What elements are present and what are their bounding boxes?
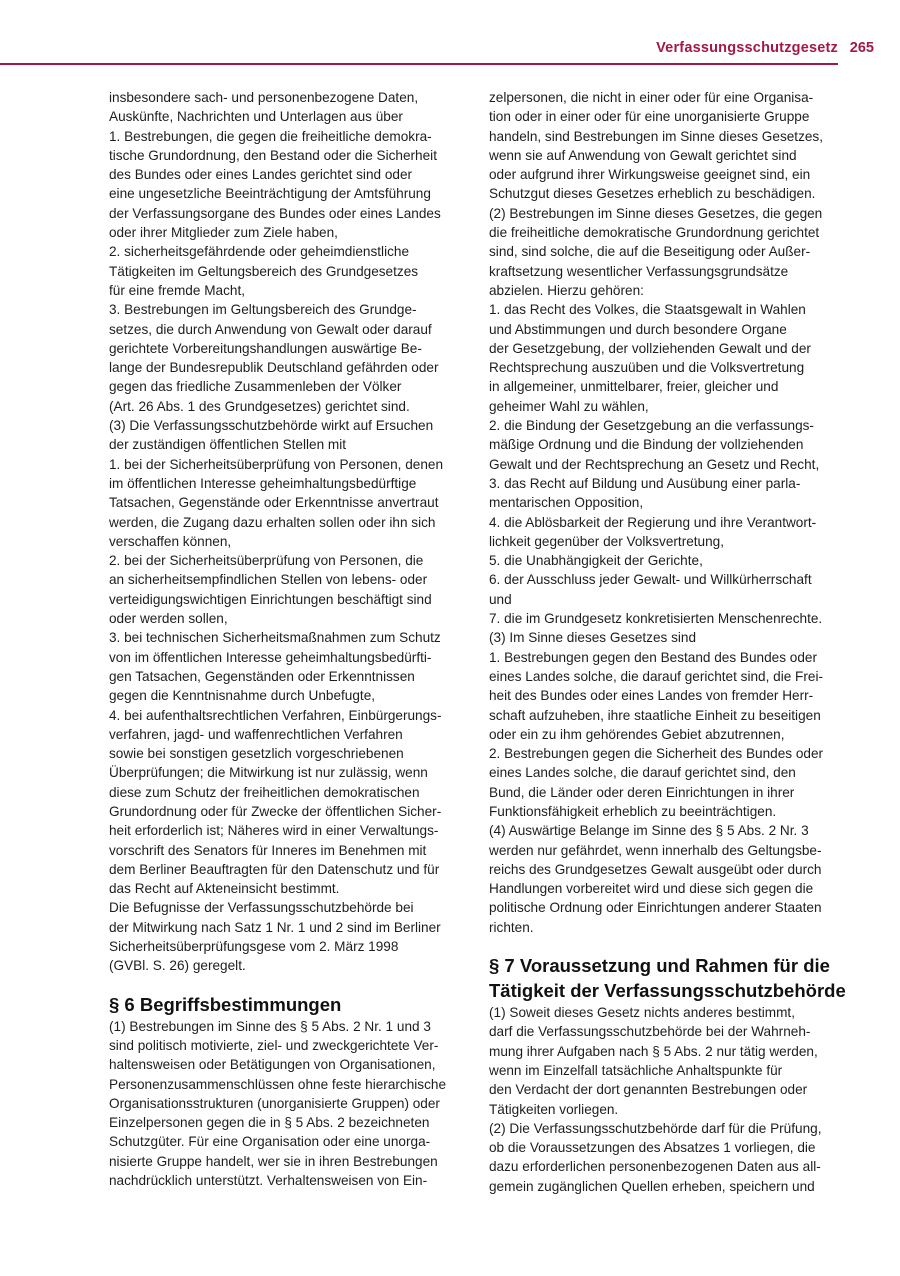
text-line: Bund, die Länder oder deren Einrichtunge… <box>489 783 849 802</box>
text-line: insbesondere sach- und personenbezogene … <box>109 88 469 107</box>
text-line: Grundordnung oder für Zwecke der öffentl… <box>109 802 469 821</box>
text-line: 3. Bestrebungen im Geltungsbereich des G… <box>109 300 469 319</box>
text-line: kraftsetzung wesentlicher Verfassungsgru… <box>489 262 849 281</box>
text-line: verfahren, jagd- und waffenrechtlichen V… <box>109 725 469 744</box>
text-line: ob die Voraussetzungen des Absatzes 1 vo… <box>489 1138 849 1157</box>
text-line: Tätigkeiten im Geltungsbereich des Grund… <box>109 262 469 281</box>
text-line: oder aufgrund ihrer Wirkungsweise geeign… <box>489 165 849 184</box>
text-line: heit erforderlich ist; Näheres wird in e… <box>109 821 469 840</box>
text-line: reichs des Grundgesetzes Gewalt ausgeübt… <box>489 860 849 879</box>
page-number: 265 <box>850 40 874 56</box>
text-line: und <box>489 590 849 609</box>
text-line: 1. das Recht des Volkes, die Staatsgewal… <box>489 300 849 319</box>
text-line: verschaffen können, <box>109 532 469 551</box>
text-line: 1. Bestrebungen, die gegen die freiheitl… <box>109 127 469 146</box>
text-line: Tätigkeiten vorliegen. <box>489 1100 849 1119</box>
section-6-heading: § 6 Begriffsbestimmungen <box>109 992 469 1017</box>
text-line: schaft aufzuheben, ihre staatliche Einhe… <box>489 706 849 725</box>
continuation-text: zelpersonen, die nicht in einer oder für… <box>489 88 849 937</box>
text-line: mäßige Ordnung und die Bindung der vollz… <box>489 435 849 454</box>
text-line: (2) Bestrebungen im Sinne dieses Gesetze… <box>489 204 849 223</box>
text-line: Auskünfte, Nachrichten und Unterlagen au… <box>109 107 469 126</box>
text-line: gegen die Kenntnisnahme durch Unbefugte, <box>109 686 469 705</box>
header-title: Verfassungsschutzgesetz <box>656 40 838 56</box>
header-rule <box>0 63 838 65</box>
text-line: Funktionsfähigkeit erheblich zu beeinträ… <box>489 802 849 821</box>
text-line: gegen das friedliche Zusammenleben der V… <box>109 377 469 396</box>
text-line: eines Landes solche, die darauf gerichte… <box>489 667 849 686</box>
text-line: eine ungesetzliche Beeinträchtigung der … <box>109 184 469 203</box>
text-line: sind politisch motivierte, ziel- und zwe… <box>109 1036 469 1055</box>
text-line: geheimer Wahl zu wählen, <box>489 397 849 416</box>
text-line: oder ihrer Mitglieder zum Ziele haben, <box>109 223 469 242</box>
continuation-text: insbesondere sach- und personenbezogene … <box>109 88 469 976</box>
text-line: vorschrift des Senators für Inneres im B… <box>109 841 469 860</box>
text-line: oder werden sollen, <box>109 609 469 628</box>
text-line: des Bundes oder eines Landes gerichtet s… <box>109 165 469 184</box>
text-line: Handlungen vorbereitet wird und diese si… <box>489 879 849 898</box>
text-line: (1) Soweit dieses Gesetz nichts anderes … <box>489 1003 849 1022</box>
text-line: Tatsachen, Gegenstände oder Erkenntnisse… <box>109 493 469 512</box>
text-line: 1. bei der Sicherheitsüberprüfung von Pe… <box>109 455 469 474</box>
text-line: setzes, die durch Anwendung von Gewalt o… <box>109 320 469 339</box>
text-line: (1) Bestrebungen im Sinne des § 5 Abs. 2… <box>109 1017 469 1036</box>
text-line: für eine fremde Macht, <box>109 281 469 300</box>
text-line: mentarischen Opposition, <box>489 493 849 512</box>
text-line: der Verfassungsorgane des Bundes oder ei… <box>109 204 469 223</box>
text-line: gerichtete Vorbereitungshandlungen auswä… <box>109 339 469 358</box>
text-line: eines Landes solche, die darauf gerichte… <box>489 763 849 782</box>
text-line: tion oder in einer oder für eine unorgan… <box>489 107 849 126</box>
text-line: mung ihrer Aufgaben nach § 5 Abs. 2 nur … <box>489 1042 849 1061</box>
text-line: gemein zugänglichen Quellen erheben, spe… <box>489 1177 849 1196</box>
text-line: verteidigungswichtigen Einrichtungen bes… <box>109 590 469 609</box>
text-line: 3. bei technischen Sicherheitsmaßnahmen … <box>109 628 469 647</box>
text-line: (2) Die Verfassungsschutzbehörde darf fü… <box>489 1119 849 1138</box>
text-line: sind, sind solche, die auf die Beseitigu… <box>489 242 849 261</box>
text-line: in allgemeiner, unmittelbarer, freier, g… <box>489 377 849 396</box>
text-line: dazu erforderlichen personenbezogenen Da… <box>489 1157 849 1176</box>
text-line: heit des Bundes oder eines Landes von fr… <box>489 686 849 705</box>
text-line: 1. Bestrebungen gegen den Bestand des Bu… <box>489 648 849 667</box>
text-line: Schutzgüter. Für eine Organisation oder … <box>109 1132 469 1151</box>
text-line: darf die Verfassungsschutzbehörde bei de… <box>489 1022 849 1041</box>
text-line: der zuständigen öffentlichen Stellen mit <box>109 435 469 454</box>
right-column: zelpersonen, die nicht in einer oder für… <box>489 88 849 1196</box>
text-line: (3) Die Verfassungsschutzbehörde wirkt a… <box>109 416 469 435</box>
text-line: 2. bei der Sicherheitsüberprüfung von Pe… <box>109 551 469 570</box>
text-line: handeln, sind Bestrebungen im Sinne dies… <box>489 127 849 146</box>
text-line: richten. <box>489 918 849 937</box>
text-line: Organisationsstrukturen (unorganisierte … <box>109 1094 469 1113</box>
section-7-heading: § 7 Voraussetzung und Rahmen für dieTäti… <box>489 953 849 1003</box>
text-line: 3. das Recht auf Bildung und Ausübung ei… <box>489 474 849 493</box>
text-line: wenn sie auf Anwendung von Gewalt gerich… <box>489 146 849 165</box>
text-line: Personenzusammenschlüssen ohne feste hie… <box>109 1075 469 1094</box>
text-line: lichkeit gegenüber der Volksvertretung, <box>489 532 849 551</box>
text-line: (3) Im Sinne dieses Gesetzes sind <box>489 628 849 647</box>
text-line: (Art. 26 Abs. 1 des Grundgesetzes) geric… <box>109 397 469 416</box>
text-line: wenn im Einzelfall tatsächliche Anhaltsp… <box>489 1061 849 1080</box>
text-line: haltensweisen oder Betätigungen von Orga… <box>109 1055 469 1074</box>
section-7-text: (1) Soweit dieses Gesetz nichts anderes … <box>489 1003 849 1196</box>
text-line: Tätigkeit der Verfassungsschutzbehörde <box>489 978 849 1003</box>
text-line: 2. die Bindung der Gesetzgebung an die v… <box>489 416 849 435</box>
text-line: § 7 Voraussetzung und Rahmen für die <box>489 953 849 978</box>
text-line: das Recht auf Akteneinsicht bestimmt. <box>109 879 469 898</box>
text-line: sowie bei sonstigen gesetzlich vorgeschr… <box>109 744 469 763</box>
text-line: den Verdacht der dort genannten Bestrebu… <box>489 1080 849 1099</box>
text-line: werden nur gefährdet, wenn innerhalb des… <box>489 841 849 860</box>
text-line: lange der Bundesrepublik Deutschland gef… <box>109 358 469 377</box>
section-6-text: (1) Bestrebungen im Sinne des § 5 Abs. 2… <box>109 1017 469 1191</box>
text-line: Einzelpersonen gegen die in § 5 Abs. 2 b… <box>109 1113 469 1132</box>
text-line: gen Tatsachen, Gegenständen oder Erkennt… <box>109 667 469 686</box>
text-line: Gewalt und der Rechtsprechung an Gesetz … <box>489 455 849 474</box>
text-line: Rechtsprechung auszuüben und die Volksve… <box>489 358 849 377</box>
text-line: die freiheitliche demokratische Grundord… <box>489 223 849 242</box>
text-line: im öffentlichen Interesse geheimhaltungs… <box>109 474 469 493</box>
running-header: Verfassungsschutzgesetz 265 <box>0 38 900 68</box>
text-line: an sicherheitsempfindlichen Stellen von … <box>109 570 469 589</box>
text-line: zelpersonen, die nicht in einer oder für… <box>489 88 849 107</box>
text-line: von im öffentlichen Interesse geheimhalt… <box>109 648 469 667</box>
text-line: 2. sicherheitsgefährdende oder geheimdie… <box>109 242 469 261</box>
text-line: Sicherheitsüberprüfungsgese vom 2. März … <box>109 937 469 956</box>
text-line: 5. die Unabhängigkeit der Gerichte, <box>489 551 849 570</box>
text-line: tische Grundordnung, den Bestand oder di… <box>109 146 469 165</box>
left-column: insbesondere sach- und personenbezogene … <box>109 88 469 1190</box>
text-line: oder ein zu ihm gehörendes Gebiet abzutr… <box>489 725 849 744</box>
text-line: dem Berliner Beauftragten für den Datens… <box>109 860 469 879</box>
text-line: nisierte Gruppe handelt, wer sie in ihre… <box>109 1152 469 1171</box>
text-line: Schutzgut dieses Gesetzes erheblich zu b… <box>489 184 849 203</box>
text-line: Überprüfungen; die Mitwirkung ist nur zu… <box>109 763 469 782</box>
text-line: abzielen. Hierzu gehören: <box>489 281 849 300</box>
text-line: der Mitwirkung nach Satz 1 Nr. 1 und 2 s… <box>109 918 469 937</box>
text-line: Die Befugnisse der Verfassungsschutzbehö… <box>109 898 469 917</box>
text-line: 4. die Ablösbarkeit der Regierung und ih… <box>489 513 849 532</box>
text-line: 2. Bestrebungen gegen die Sicherheit des… <box>489 744 849 763</box>
text-line: 4. bei aufenthaltsrechtlichen Verfahren,… <box>109 706 469 725</box>
text-line: werden, die Zugang dazu erhalten sollen … <box>109 513 469 532</box>
text-line: 7. die im Grundgesetz konkretisierten Me… <box>489 609 849 628</box>
text-line: (GVBl. S. 26) geregelt. <box>109 956 469 975</box>
text-line: (4) Auswärtige Belange im Sinne des § 5 … <box>489 821 849 840</box>
text-line: und Abstimmungen und durch besondere Org… <box>489 320 849 339</box>
text-line: politische Ordnung oder Einrichtungen an… <box>489 898 849 917</box>
text-line: 6. der Ausschluss jeder Gewalt- und Will… <box>489 570 849 589</box>
text-line: nachdrücklich unterstützt. Verhaltenswei… <box>109 1171 469 1190</box>
text-line: der Gesetzgebung, der vollziehenden Gewa… <box>489 339 849 358</box>
text-line: diese zum Schutz der freiheitlichen demo… <box>109 783 469 802</box>
